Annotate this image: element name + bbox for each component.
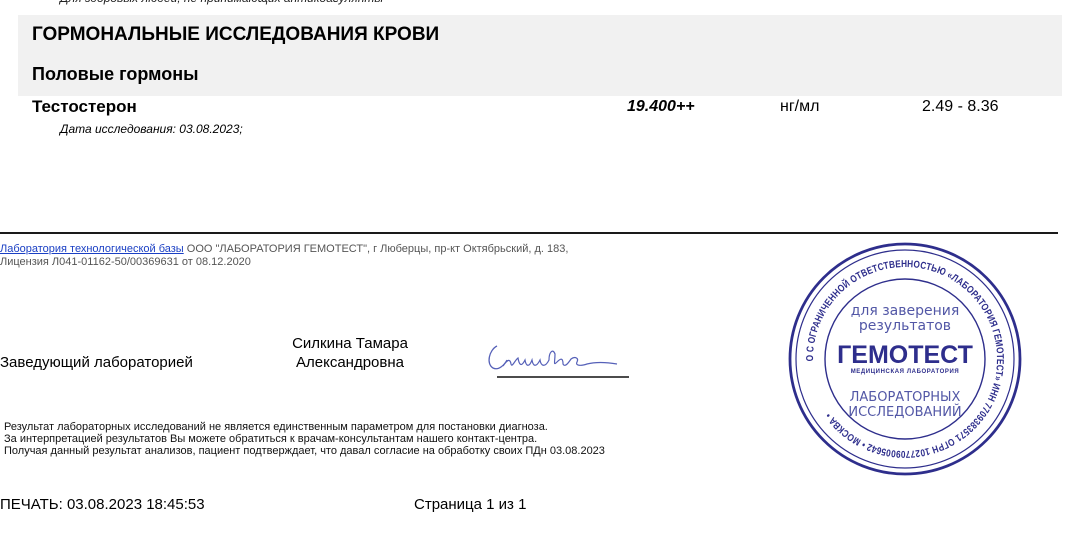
stamp-line1: для заверения [851, 303, 960, 319]
divider [0, 232, 1058, 234]
disclaimer: Результат лабораторных исследований не я… [4, 421, 605, 457]
lab-info: Лаборатория технологической базы ООО "ЛА… [0, 243, 568, 269]
disclaimer-line: За интерпретацией результатов Вы можете … [4, 433, 605, 445]
lab-license: Лицензия Л041-01162-50/00369631 от 08.12… [0, 256, 251, 268]
lab-address: ООО "ЛАБОРАТОРИЯ ГЕМОТЕСТ", г Люберцы, п… [184, 243, 569, 255]
signatory-title: Заведующий лабораторией [0, 354, 193, 371]
subsection-title: Половые гормоны [32, 64, 198, 85]
signatory-name: Силкина Тамара Александровна [270, 334, 430, 372]
print-timestamp: ПЕЧАТЬ: 03.08.2023 18:45:53 [0, 496, 205, 513]
stamp-line3: ЛАБОРАТОРНЫХ [850, 390, 961, 405]
signatory-name-line2: Александровна [270, 353, 430, 372]
stamp-line4: ИССЛЕДОВАНИЙ [848, 404, 961, 420]
test-unit: нг/мл [780, 98, 819, 116]
stamp-seal: ОБЩЕСТВО С ОГРАНИЧЕННОЙ ОТВЕТСТВЕННОСТЬЮ… [787, 241, 1023, 477]
signatory-name-line1: Силкина Тамара [270, 334, 430, 353]
disclaimer-line: Получая данный результат анализов, пацие… [4, 445, 605, 457]
test-name: Тестостерон [32, 97, 137, 117]
reference-range: 2.49 - 8.36 [922, 98, 999, 116]
stamp-brand-sub: МЕДИЦИНСКАЯ ЛАБОРАТОРИЯ [851, 369, 960, 375]
disclaimer-line: Результат лабораторных исследований не я… [4, 421, 605, 433]
lab-link[interactable]: Лаборатория технологической базы [0, 243, 184, 255]
stamp-line2: результатов [859, 318, 951, 334]
section-title: ГОРМОНАЛЬНЫЕ ИССЛЕДОВАНИЯ КРОВИ [32, 24, 439, 46]
cut-off-note: Для здоровых людей, не принимающих антик… [60, 0, 383, 5]
test-date: Дата исследования: 03.08.2023; [60, 122, 243, 136]
stamp-brand: ГЕМОТЕСТ [837, 341, 973, 369]
page-number: Страница 1 из 1 [414, 496, 526, 513]
signature-image [483, 332, 633, 384]
test-value: 19.400++ [627, 98, 695, 116]
